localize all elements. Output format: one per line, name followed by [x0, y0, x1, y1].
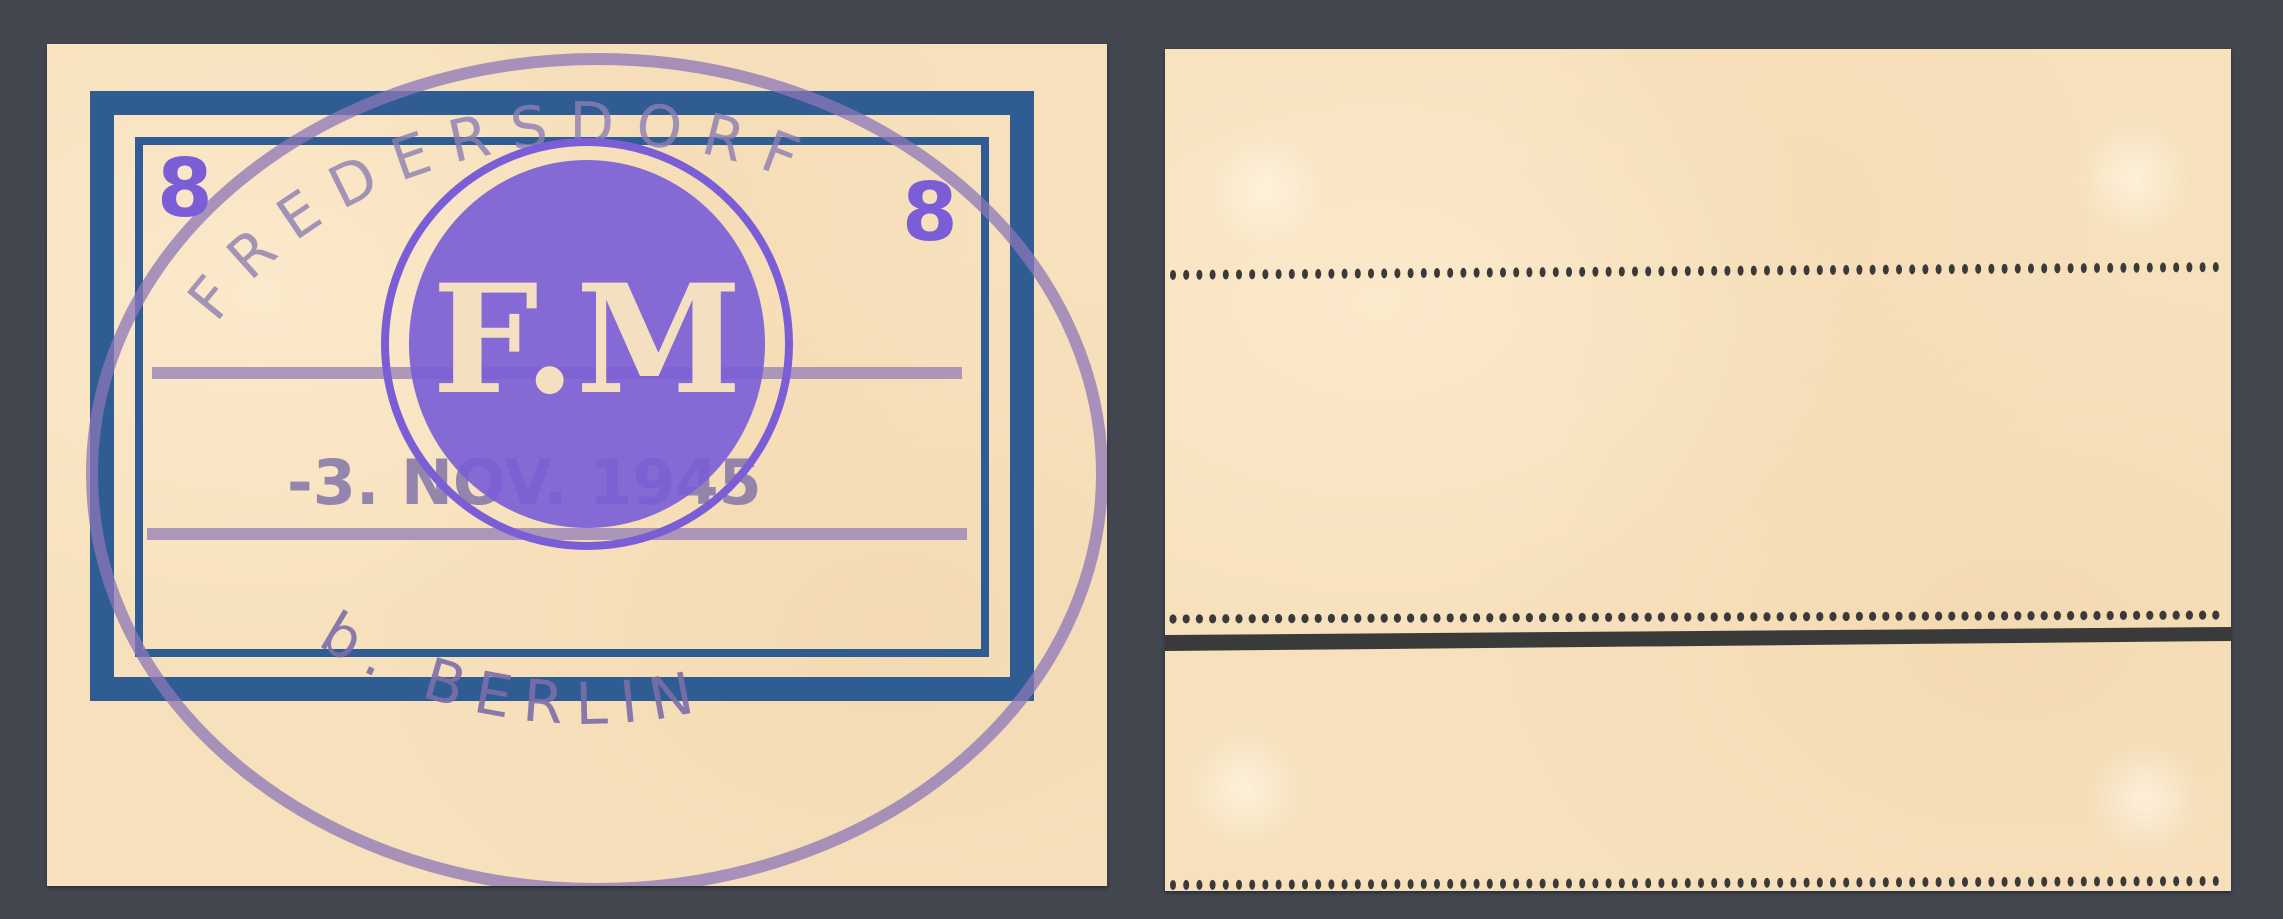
stamp-back — [1165, 49, 2231, 891]
monogram-fm: F.M — [432, 252, 742, 428]
perforation-row — [1170, 262, 2219, 280]
perforation-row — [1170, 876, 2219, 890]
postmark-bar-bottom — [147, 528, 967, 540]
value-numeral-top-right: 8 — [902, 166, 958, 259]
value-numeral-top-left: 8 — [157, 142, 213, 235]
stamp-front: -3. NOV. 1945 FREDERSDORF b. BERLIN F.M … — [47, 44, 1107, 886]
thick-rule-bar — [1165, 627, 2231, 651]
perforation-row — [1169, 610, 2219, 623]
stamp-back-artwork — [1165, 49, 2231, 891]
postmark-town-bottom: b. BERLIN — [309, 598, 712, 738]
stamp-front-artwork: -3. NOV. 1945 FREDERSDORF b. BERLIN F.M … — [47, 44, 1107, 886]
